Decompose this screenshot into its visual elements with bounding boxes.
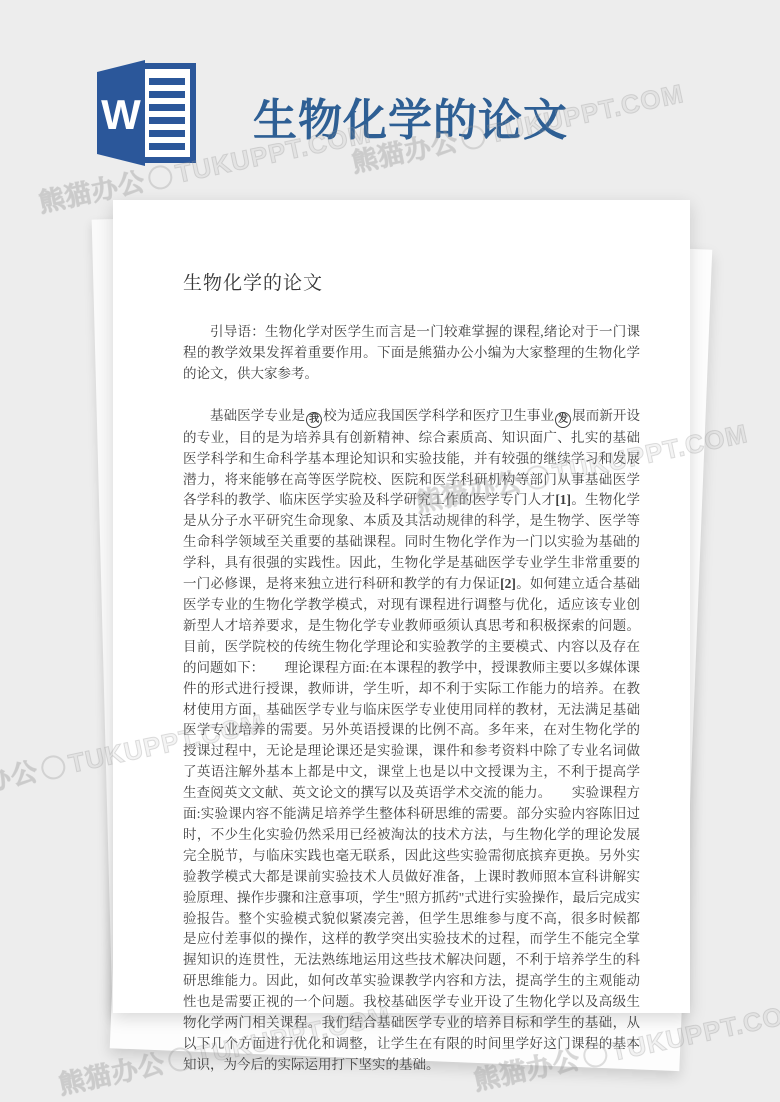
watermark-cn-text: 熊猫办公 [56,1048,168,1100]
svg-text:W: W [101,91,141,138]
body-text-segment: 。如何建立适合基础医学专业的生物化学教学模式，对现有课程进行调整与优化，适应该专… [183,576,640,1072]
circled-char: 我 [306,412,322,428]
citation-ref: [2] [500,576,516,591]
body-paragraph: 基础医学专业是我校为适应我国医学科学和医疗卫生事业发展而新开设的专业，目的是为培… [183,406,640,1076]
document-preview-canvas: 熊猫办公TUKUPPT.COM 熊猫办公TUKUPPT.COM 熊猫办公TUKU… [0,0,780,1102]
body-text-segment: 基础医学专业是 [210,408,305,423]
citation-ref: [1] [555,492,571,507]
body-text-segment: 校为适应我国医学科学和医疗卫生事业 [323,408,554,423]
page-title: 生物化学的论文 [253,84,568,148]
panda-logo-icon [39,753,67,781]
watermark-cn-text: 熊猫办公 [0,756,41,808]
document-page: 生物化学的论文 引导语：生物化学对医学生而言是一门较难掌握的课程,绪论对于一门课… [113,200,690,1013]
circled-char: 发 [555,412,571,428]
document-title: 生物化学的论文 [183,268,640,295]
word-document-icon: W [95,58,197,168]
intro-paragraph: 引导语：生物化学对医学生而言是一门较难掌握的课程,绪论对于一门课程的教学效果发挥… [183,322,640,385]
preview-header: W 生物化学的论文 [0,0,780,200]
